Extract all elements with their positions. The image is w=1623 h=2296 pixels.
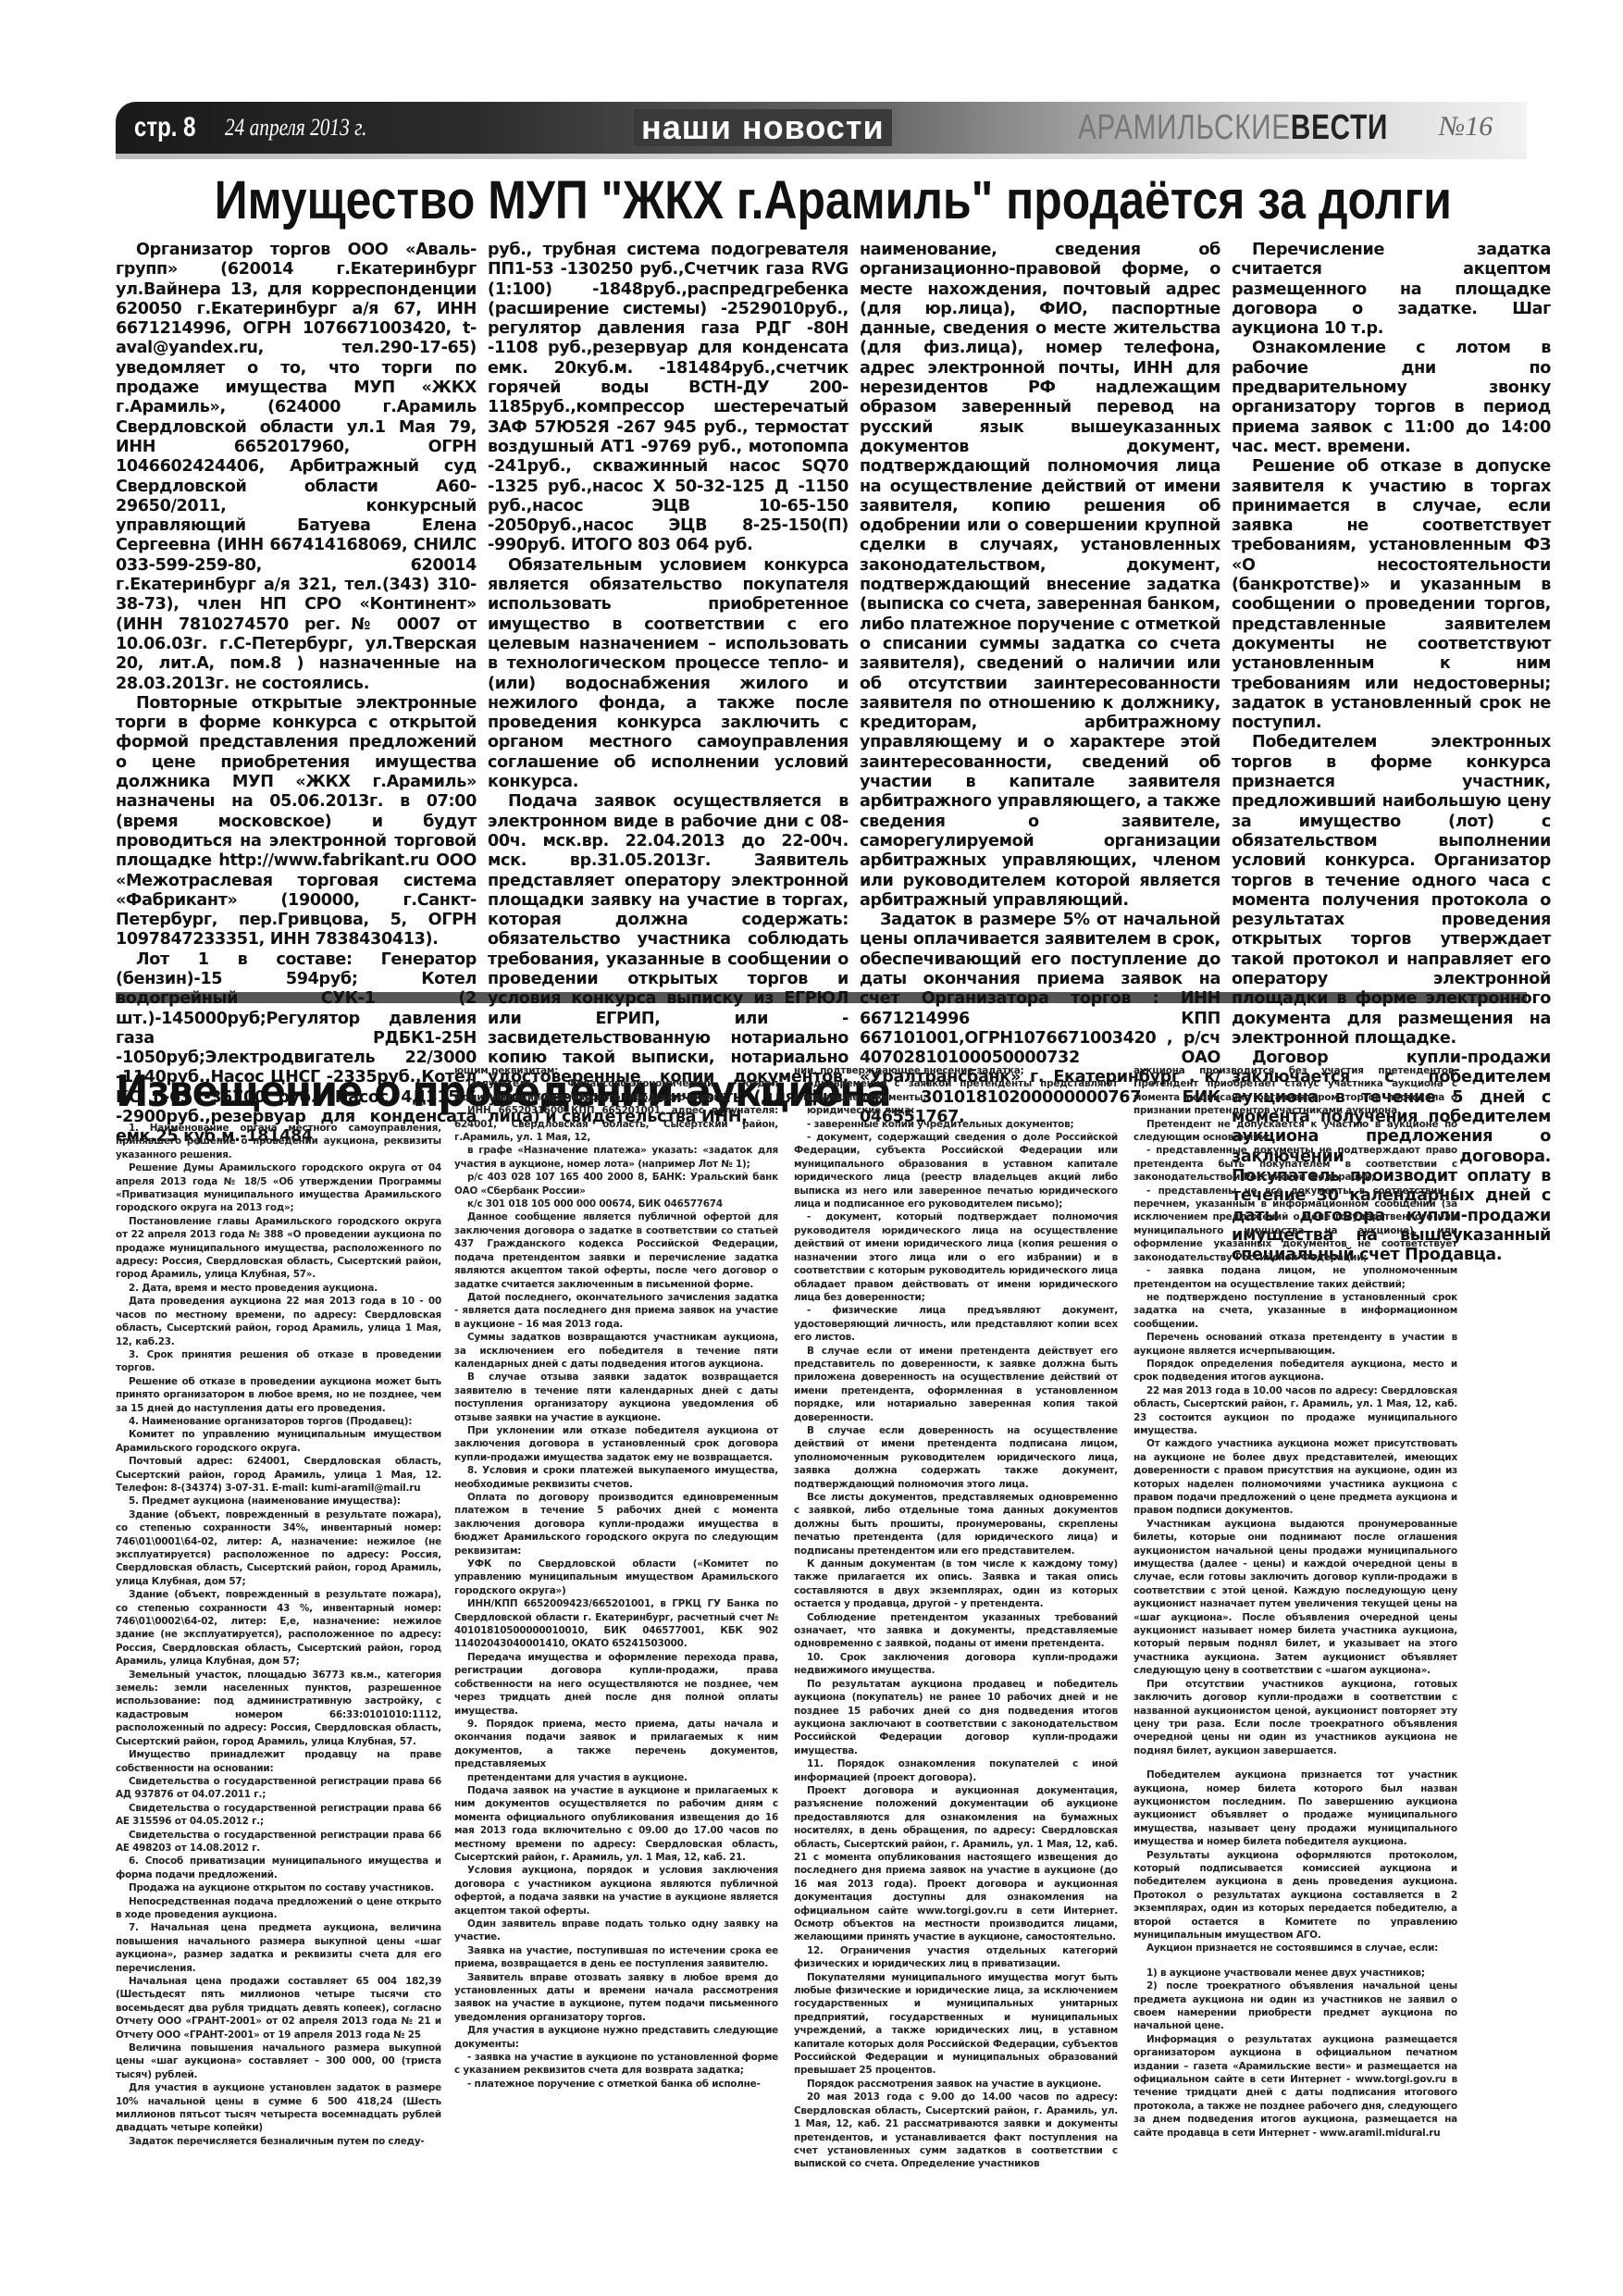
newspaper-page: стр. 8 24 апреля 2013 г. наши новости АР… bbox=[116, 102, 1527, 1003]
notice-paragraph: ющим реквизитам: bbox=[454, 1064, 778, 1077]
notice-paragraph: УФК по Свердловской области («Комитет по… bbox=[454, 1558, 778, 1597]
notice-paragraph: Порядок рассмотрения заявок на участие в… bbox=[794, 2078, 1118, 2091]
notice-paragraph: 1. Наименование органа местного самоупра… bbox=[116, 1122, 441, 1161]
notice-paragraph: Свидетельства о государственной регистра… bbox=[116, 1775, 441, 1802]
notice-paragraph: Проект договора и аукционная документаци… bbox=[794, 1784, 1118, 1944]
paragraph: руб., трубная система подогревателя ПП1-… bbox=[488, 241, 849, 556]
notice-paragraph: в графе «Назначение платежа» указать: «з… bbox=[454, 1144, 778, 1171]
issue-date: 24 апреля 2013 г. bbox=[225, 114, 391, 142]
article-headline: Имущество МУП "ЖКХ г.Арамиль" продаётся … bbox=[215, 165, 1429, 237]
paragraph: Повторные открытые электронные торги в ф… bbox=[116, 694, 477, 950]
notice-paragraph: От каждого участника аукциона может прис… bbox=[1134, 1437, 1457, 1517]
masthead-underline bbox=[116, 154, 1527, 159]
notice-paragraph: Комитет по управлению муниципальным имущ… bbox=[116, 1428, 441, 1455]
notice-paragraph: Здание (объект, поврежденный в результат… bbox=[116, 1588, 441, 1668]
notice-paragraph: Дата проведения аукциона 22 мая 2013 год… bbox=[116, 1295, 441, 1348]
notice-paragraph: одновременно с заявкой претенденты предс… bbox=[794, 1077, 1118, 1104]
notice-paragraph: 2) после троекратного объявления начальн… bbox=[1134, 1980, 1457, 2033]
notice-paragraph: Здание (объект, поврежденный в результат… bbox=[116, 1508, 441, 1588]
issue-number: №16 bbox=[1439, 111, 1493, 143]
notice-paragraph: Один заявитель вправе подать только одну… bbox=[454, 1917, 778, 1944]
notice-paragraph: 6. Способ приватизации муниципального им… bbox=[116, 1855, 441, 1881]
notice-paragraph: - заверенные копии учредительных докумен… bbox=[794, 1118, 1118, 1131]
notice-paragraph: Условия аукциона, порядок и условия закл… bbox=[454, 1864, 778, 1917]
paragraph: Ознакомление с лотом в рабочие дни по пр… bbox=[1232, 339, 1551, 457]
notice-paragraph: В случае если от имени претендента дейст… bbox=[794, 1345, 1118, 1424]
paragraph: Организатор торгов ООО «Аваль-групп» (62… bbox=[116, 241, 477, 694]
newspaper-brand: АРАМИЛЬСКИЕВЕСТИ bbox=[1078, 109, 1388, 146]
notice-paragraph: Покупателями муниципального имущества мо… bbox=[794, 1971, 1118, 2078]
paragraph: наименование, сведения об организационно… bbox=[860, 241, 1220, 911]
notice-paragraph: 22 мая 2013 года в 10.00 часов по адресу… bbox=[1134, 1384, 1457, 1438]
paragraph: Обязательным условием конкурса является … bbox=[488, 556, 849, 793]
notice-paragraph: Непосредственная подача предложений о це… bbox=[116, 1895, 441, 1922]
notice-paragraph: Суммы задатков возвращаются участникам а… bbox=[454, 1331, 778, 1371]
notice-paragraph: - представленные документы не подтвержда… bbox=[1134, 1144, 1457, 1184]
notice-paragraph: нии, подтверждающее внесение задатка; bbox=[794, 1064, 1118, 1077]
notice-paragraph: - представлены не все документы в соотве… bbox=[1134, 1185, 1457, 1264]
notice-paragraph: - платежное поручение с отметкой банка о… bbox=[454, 2078, 778, 2091]
paragraph: Победителем электронных торгов в форме к… bbox=[1232, 733, 1551, 1049]
notice-paragraph: 9. Порядок приема, место приема, даты на… bbox=[454, 1718, 778, 1771]
notice-paragraph: В случае если доверенность на осуществле… bbox=[794, 1424, 1118, 1491]
notice-paragraph: - заявка подана лицом, не уполномоченным… bbox=[1134, 1264, 1457, 1291]
notice-paragraph: Для участия в аукционе нужно представить… bbox=[454, 2024, 778, 2051]
notice-paragraph: к/с 301 018 105 000 000 00674, БИК 04657… bbox=[454, 1198, 778, 1210]
notice-paragraph: Свидетельства о государственной регистра… bbox=[116, 1829, 441, 1855]
notice-paragraph: При уклонении или отказе победителя аукц… bbox=[454, 1424, 778, 1464]
notice-column-4: аукциона производится без участия претен… bbox=[1134, 1064, 1457, 2140]
notice-paragraph: - документ, содержащий сведения о доле Р… bbox=[794, 1131, 1118, 1210]
notice-paragraph: Аукцион признается не состоявшимся в слу… bbox=[1134, 1942, 1457, 1955]
notice-paragraph: 12. Ограничения участия отдельных катего… bbox=[794, 1944, 1118, 1971]
notice-paragraph: 1) в аукционе участвовали менее двух уча… bbox=[1134, 1967, 1457, 1980]
notice-paragraph: ИНН/КПП 6652009423/665201001, в ГРКЦ ГУ … bbox=[454, 1597, 778, 1651]
notice-paragraph: претендентами для участия в аукционе. bbox=[454, 1771, 778, 1784]
notice-paragraph: 2. Дата, время и место проведения аукцио… bbox=[116, 1282, 441, 1295]
notice-paragraph: Подача заявок на участие в аукционе и пр… bbox=[454, 1784, 778, 1864]
notice-paragraph: В случае отзыва заявки задаток возвращае… bbox=[454, 1371, 778, 1424]
article-body: Организатор торгов ООО «Аваль-групп» (62… bbox=[116, 241, 1527, 988]
notice-paragraph: 4. Наименование организаторов торгов (Пр… bbox=[116, 1415, 441, 1428]
notice-paragraph: Почтовый адрес: 624001, Свердловская обл… bbox=[116, 1455, 441, 1495]
auction-notice: Извещение о проведении аукциона 1. Наиме… bbox=[116, 1064, 1527, 1118]
notice-paragraph: Заявитель вправе отозвать заявку в любое… bbox=[454, 1971, 778, 2025]
notice-paragraph: - заявка на участие в аукционе по устано… bbox=[454, 2051, 778, 2078]
notice-paragraph: Имущество принадлежит продавцу на праве … bbox=[116, 1748, 441, 1775]
notice-paragraph: Земельный участок, площадью 36773 кв.м.,… bbox=[116, 1669, 441, 1748]
notice-paragraph: Заявка на участие, поступившая по истече… bbox=[454, 1944, 778, 1971]
notice-paragraph: 11. Порядок ознакомления покупателей с и… bbox=[794, 1757, 1118, 1784]
notice-paragraph: Участникам аукциона выдаются пронумерова… bbox=[1134, 1518, 1457, 1678]
notice-paragraph: Передача имущества и оформление перехода… bbox=[454, 1651, 778, 1718]
notice-paragraph: Порядок определения победителя аукциона,… bbox=[1134, 1358, 1457, 1384]
notice-paragraph: 7. Начальная цена предмета аукциона, вел… bbox=[116, 1921, 441, 1975]
notice-paragraph: Начальная цена продажи составляет 65 004… bbox=[116, 1975, 441, 2042]
notice-paragraph: р/с 403 028 107 165 400 2000 8, БАНК: Ур… bbox=[454, 1171, 778, 1198]
notice-paragraph: Претендент не допускается к участию в ау… bbox=[1134, 1118, 1457, 1145]
section-title: наши новости bbox=[634, 109, 892, 146]
notice-paragraph: Перечень оснований отказа претенденту в … bbox=[1134, 1331, 1457, 1358]
notice-paragraph: Результаты аукциона оформляются протокол… bbox=[1134, 1849, 1457, 1942]
notice-column-2: ющим реквизитам:Получатель: Финансово-эк… bbox=[454, 1064, 778, 2091]
notice-paragraph: юридические лица: bbox=[794, 1104, 1118, 1117]
notice-paragraph: ИНН 6652031500 КПП 665201001, адрес полу… bbox=[454, 1104, 778, 1144]
notice-paragraph: 8. Условия и сроки платежей выкупаемого … bbox=[454, 1464, 778, 1491]
notice-paragraph: 20 мая 2013 года с 9.00 до 14.00 часов п… bbox=[794, 2091, 1118, 2170]
brand-light: АРАМИЛЬСКИЕ bbox=[1078, 108, 1291, 147]
notice-paragraph: Оплата по договору производится единовре… bbox=[454, 1491, 778, 1558]
notice-paragraph: - физические лица предъявляют документ, … bbox=[794, 1304, 1118, 1344]
notice-column-3: нии, подтверждающее внесение задатка;одн… bbox=[794, 1064, 1118, 2171]
notice-paragraph: К данным документам (в том числе к каждо… bbox=[794, 1558, 1118, 1611]
notice-paragraph: Свидетельства о государственной регистра… bbox=[116, 1802, 441, 1829]
notice-paragraph: Все листы документов, представляемых одн… bbox=[794, 1491, 1118, 1558]
notice-paragraph: Решение Думы Арамильского городского окр… bbox=[116, 1161, 441, 1215]
page-number: стр. 8 bbox=[134, 112, 201, 143]
notice-paragraph: Для участия в аукционе установлен задато… bbox=[116, 2081, 441, 2135]
notice-column-1: 1. Наименование органа местного самоупра… bbox=[116, 1122, 441, 2148]
paragraph: Перечисление задатка считается акцептом … bbox=[1232, 241, 1551, 339]
notice-paragraph: Задаток перечисляется безналичным путем … bbox=[116, 2135, 441, 2148]
notice-paragraph: Величина повышения начального размера вы… bbox=[116, 2042, 441, 2081]
notice-paragraph: - документ, который подтверждает полномо… bbox=[794, 1210, 1118, 1304]
notice-paragraph: 3. Срок принятия решения об отказе в про… bbox=[116, 1348, 441, 1375]
notice-paragraph: Решение об отказе в проведении аукциона … bbox=[116, 1375, 441, 1415]
notice-paragraph: Датой последнего, окончательного зачисле… bbox=[454, 1291, 778, 1331]
notice-paragraph: При отсутствии участников аукциона, гото… bbox=[1134, 1678, 1457, 1757]
notice-paragraph: Соблюдение претендентом указанных требов… bbox=[794, 1611, 1118, 1651]
notice-paragraph: 10. Срок заключения договора купли-прода… bbox=[794, 1651, 1118, 1678]
brand-bold: ВЕСТИ bbox=[1291, 108, 1388, 147]
masthead: стр. 8 24 апреля 2013 г. наши новости АР… bbox=[116, 102, 1527, 154]
notice-paragraph: аукциона производится без участия претен… bbox=[1134, 1064, 1457, 1118]
notice-paragraph: Постановление главы Арамильского городск… bbox=[116, 1215, 441, 1282]
notice-paragraph: Данное сообщение является публичной офер… bbox=[454, 1210, 778, 1290]
notice-paragraph: 5. Предмет аукциона (наименование имущес… bbox=[116, 1495, 441, 1508]
notice-paragraph: не подтверждено поступление в установлен… bbox=[1134, 1291, 1457, 1331]
notice-paragraph: Победителем аукциона признается тот учас… bbox=[1134, 1769, 1457, 1848]
notice-paragraph: По результатам аукциона продавец и побед… bbox=[794, 1678, 1118, 1757]
notice-paragraph: Получатель: Финансово-экономический отде… bbox=[454, 1077, 778, 1104]
notice-paragraph: Продажа на аукционе открытом по составу … bbox=[116, 1881, 441, 1894]
paragraph: Решение об отказе в допуске заявителя к … bbox=[1232, 457, 1551, 733]
notice-paragraph: Информация о результатах аукциона размещ… bbox=[1134, 2033, 1457, 2140]
